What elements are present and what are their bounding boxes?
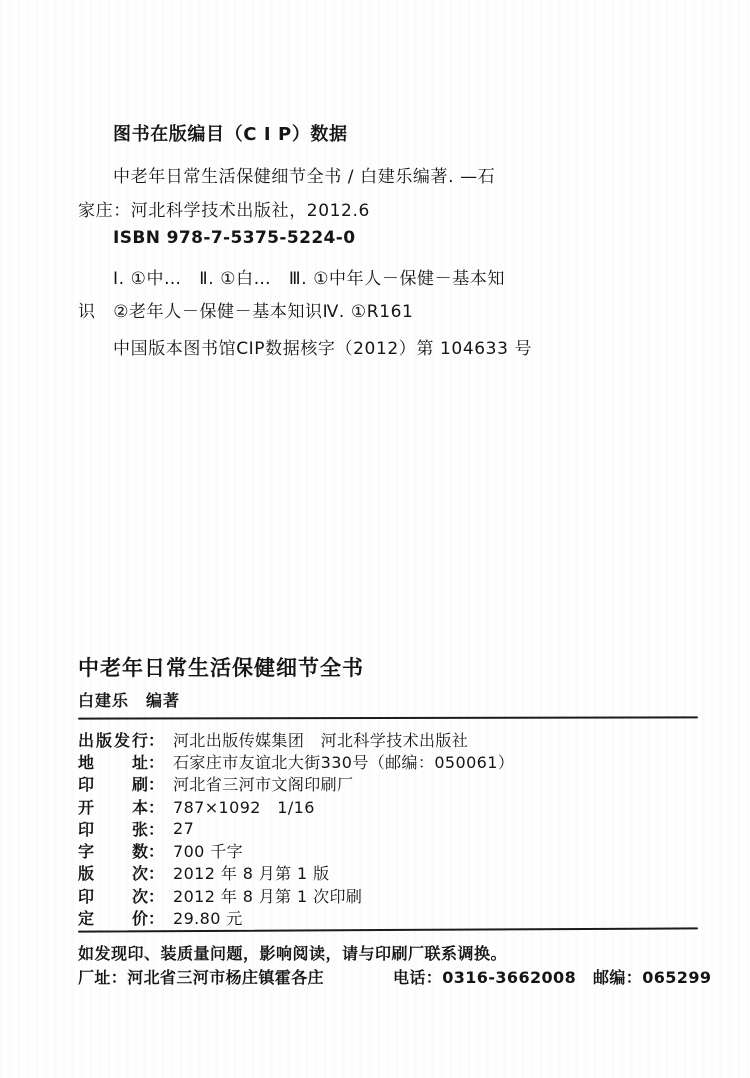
factory-phone: 电话：0316-3662008 [393, 965, 576, 988]
colophon-label: 定价 [78, 906, 148, 929]
colophon-label: 版次 [78, 861, 148, 884]
colophon-value: 2012 年 8 月第 1 次印刷 [173, 884, 362, 907]
cip-isbn: ISBN 978-7-5375-5224-0 [78, 228, 355, 248]
scanned-copyright-page: 图书在版编目（C I P）数据 中老年日常生活保健细节全书 / 白建乐编著. —… [0, 0, 750, 1078]
colophon-value: 29.80 元 [173, 906, 243, 929]
colophon-label: 出版发行 [78, 728, 148, 751]
colophon-colon: ： [148, 795, 164, 818]
cip-header: 图书在版编目（C I P）数据 [78, 120, 348, 146]
colophon-row-printer: 印刷：河北省三河市文阁印刷厂 [78, 773, 698, 795]
horizontal-rule-top [78, 716, 698, 719]
colophon-label: 印刷 [78, 772, 148, 795]
cip-classification-line-1: Ⅰ. ①中… Ⅱ. ①白… Ⅲ. ①中年人－保健－基本知 [78, 264, 505, 289]
colophon-row-publisher: 出版发行：河北出版传媒集团 河北科学技术出版社 [78, 728, 698, 750]
footer-contact-line: 厂址：河北省三河市杨庄镇霍各庄 电话：0316-3662008 邮编：06529… [78, 965, 698, 987]
colophon-colon: ： [148, 884, 164, 907]
colophon-row-wordcount: 字数：700 千字 [78, 839, 698, 861]
cip-classification-line-2: 识 ②老年人－保健－基本知识Ⅳ. ①R161 [78, 297, 413, 322]
colophon-table: 出版发行：河北出版传媒集团 河北科学技术出版社 地址：石家庄市友谊北大街330号… [78, 728, 698, 929]
colophon-label: 印张 [78, 817, 148, 840]
colophon-row-sheets: 印张：27 [78, 817, 698, 839]
cip-description-line-1: 中老年日常生活保健细节全书 / 白建乐编著. —石 [78, 162, 495, 187]
colophon-value: 河北出版传媒集团 河北科学技术出版社 [173, 728, 468, 751]
cip-description-line-2: 家庄：河北科学技术出版社，2012.6 [78, 196, 370, 221]
quality-notice: 如发现印、装质量问题，影响阅读，请与印刷厂联系调换。 [78, 941, 507, 964]
colophon-row-price: 定价：29.80 元 [78, 906, 698, 928]
colophon-colon: ： [148, 728, 164, 751]
colophon-value: 河北省三河市文阁印刷厂 [173, 772, 353, 795]
colophon-value: 石家庄市友谊北大街330号（邮编：050061） [173, 750, 514, 773]
colophon-value: 2012 年 8 月第 1 版 [173, 861, 330, 884]
colophon-colon: ： [148, 817, 164, 840]
factory-postcode: 邮编：065299 [593, 965, 711, 988]
colophon-colon: ： [148, 772, 164, 795]
colophon-colon: ： [148, 861, 164, 884]
colophon-row-address: 地址：石家庄市友谊北大街330号（邮编：050061） [78, 750, 698, 772]
colophon-row-format: 开本：787×1092 1/16 [78, 795, 698, 817]
colophon-value: 700 千字 [173, 839, 243, 862]
book-author: 白建乐 编著 [78, 688, 180, 711]
colophon-value: 787×1092 1/16 [173, 795, 315, 818]
colophon-row-edition: 版次：2012 年 8 月第 1 版 [78, 862, 698, 884]
colophon-colon: ： [148, 906, 164, 929]
book-title: 中老年日常生活保健细节全书 [78, 652, 364, 682]
colophon-label: 地址 [78, 750, 148, 773]
cip-record-number: 中国版本图书馆CIP数据核字（2012）第 104633 号 [78, 334, 532, 359]
colophon-colon: ： [148, 750, 164, 773]
colophon-value: 27 [173, 819, 194, 838]
colophon-label: 印次 [78, 884, 148, 907]
colophon-row-impression: 印次：2012 年 8 月第 1 次印刷 [78, 884, 698, 906]
colophon-label: 字数 [78, 839, 148, 862]
factory-address: 厂址：河北省三河市杨庄镇霍各庄 [78, 965, 324, 988]
colophon-colon: ： [148, 839, 164, 862]
colophon-label: 开本 [78, 795, 148, 818]
